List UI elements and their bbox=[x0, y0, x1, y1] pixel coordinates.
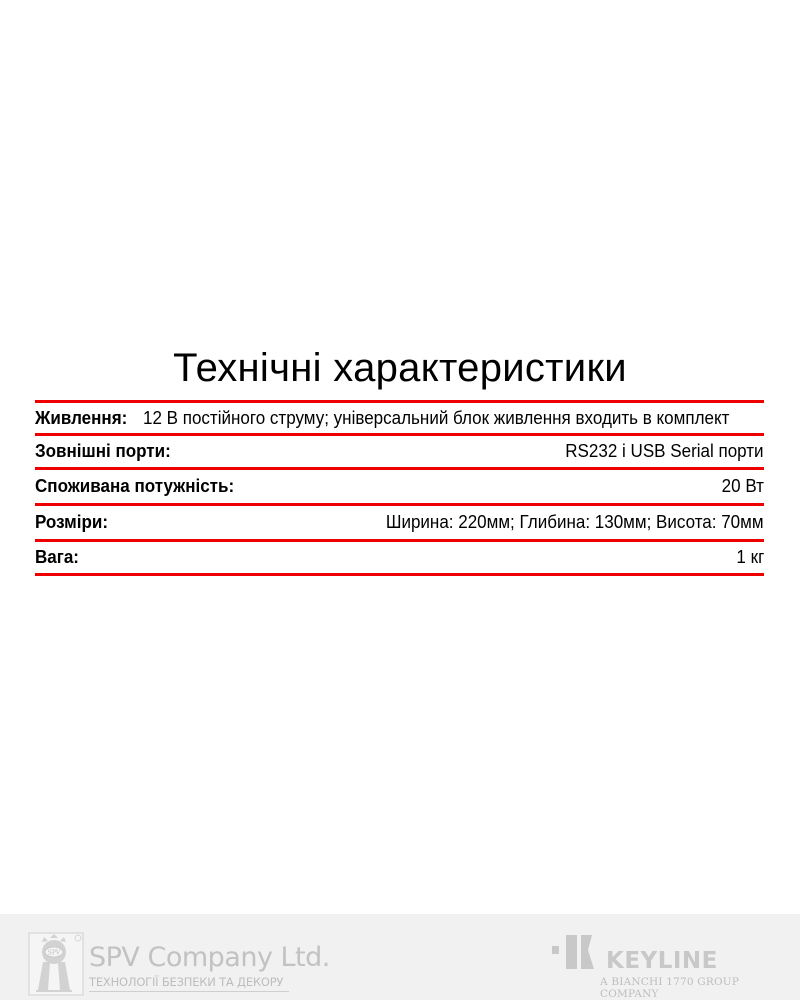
spec-row-power: Живлення: 12 В постійного струму; універ… bbox=[35, 403, 764, 433]
page-title: Технічні характеристики bbox=[0, 346, 800, 391]
spec-row-ports: Зовнішні порти: RS232 і USB Serial порти bbox=[35, 436, 764, 467]
spec-value: 1 кг bbox=[736, 548, 764, 567]
keyline-logo-icon bbox=[552, 932, 602, 972]
spec-value: Ширина: 220мм; Глибина: 130мм; Висота: 7… bbox=[386, 513, 764, 532]
spec-row-power-consumption: Споживана потужність: 20 Вт bbox=[35, 470, 764, 503]
keyline-tagline: A BIANCHI 1770 GROUP COMPANY bbox=[600, 976, 800, 1000]
spec-value: RS232 і USB Serial порти bbox=[566, 442, 764, 461]
divider bbox=[35, 573, 764, 576]
spv-company-name: SPV Company Ltd. bbox=[89, 942, 330, 973]
spec-label: Зовнішні порти: bbox=[35, 442, 171, 461]
spec-label: Вага: bbox=[35, 548, 79, 567]
spec-value: 12 В постійного струму; універсальний бл… bbox=[143, 409, 729, 428]
keyline-brand-name: KEYLINE bbox=[606, 948, 718, 974]
spec-row-weight: Вага: 1 кг bbox=[35, 542, 764, 573]
spec-label: Живлення: bbox=[35, 409, 127, 428]
svg-text:SPV: SPV bbox=[48, 950, 61, 957]
spec-value: 20 Вт bbox=[722, 477, 764, 496]
spec-row-dimensions: Розміри: Ширина: 220мм; Глибина: 130мм; … bbox=[35, 506, 764, 539]
footer-logos: SPV SPV Company Ltd. ТЕХНОЛОГІЇ БЕЗПЕКИ … bbox=[0, 914, 800, 1000]
spec-label: Розміри: bbox=[35, 513, 108, 532]
spv-logo-icon: SPV bbox=[28, 932, 84, 996]
spec-table: Живлення: 12 В постійного струму; універ… bbox=[35, 400, 764, 576]
spv-tagline: ТЕХНОЛОГІЇ БЕЗПЕКИ ТА ДЕКОРУ bbox=[89, 975, 289, 992]
spec-label: Споживана потужність: bbox=[35, 477, 234, 496]
